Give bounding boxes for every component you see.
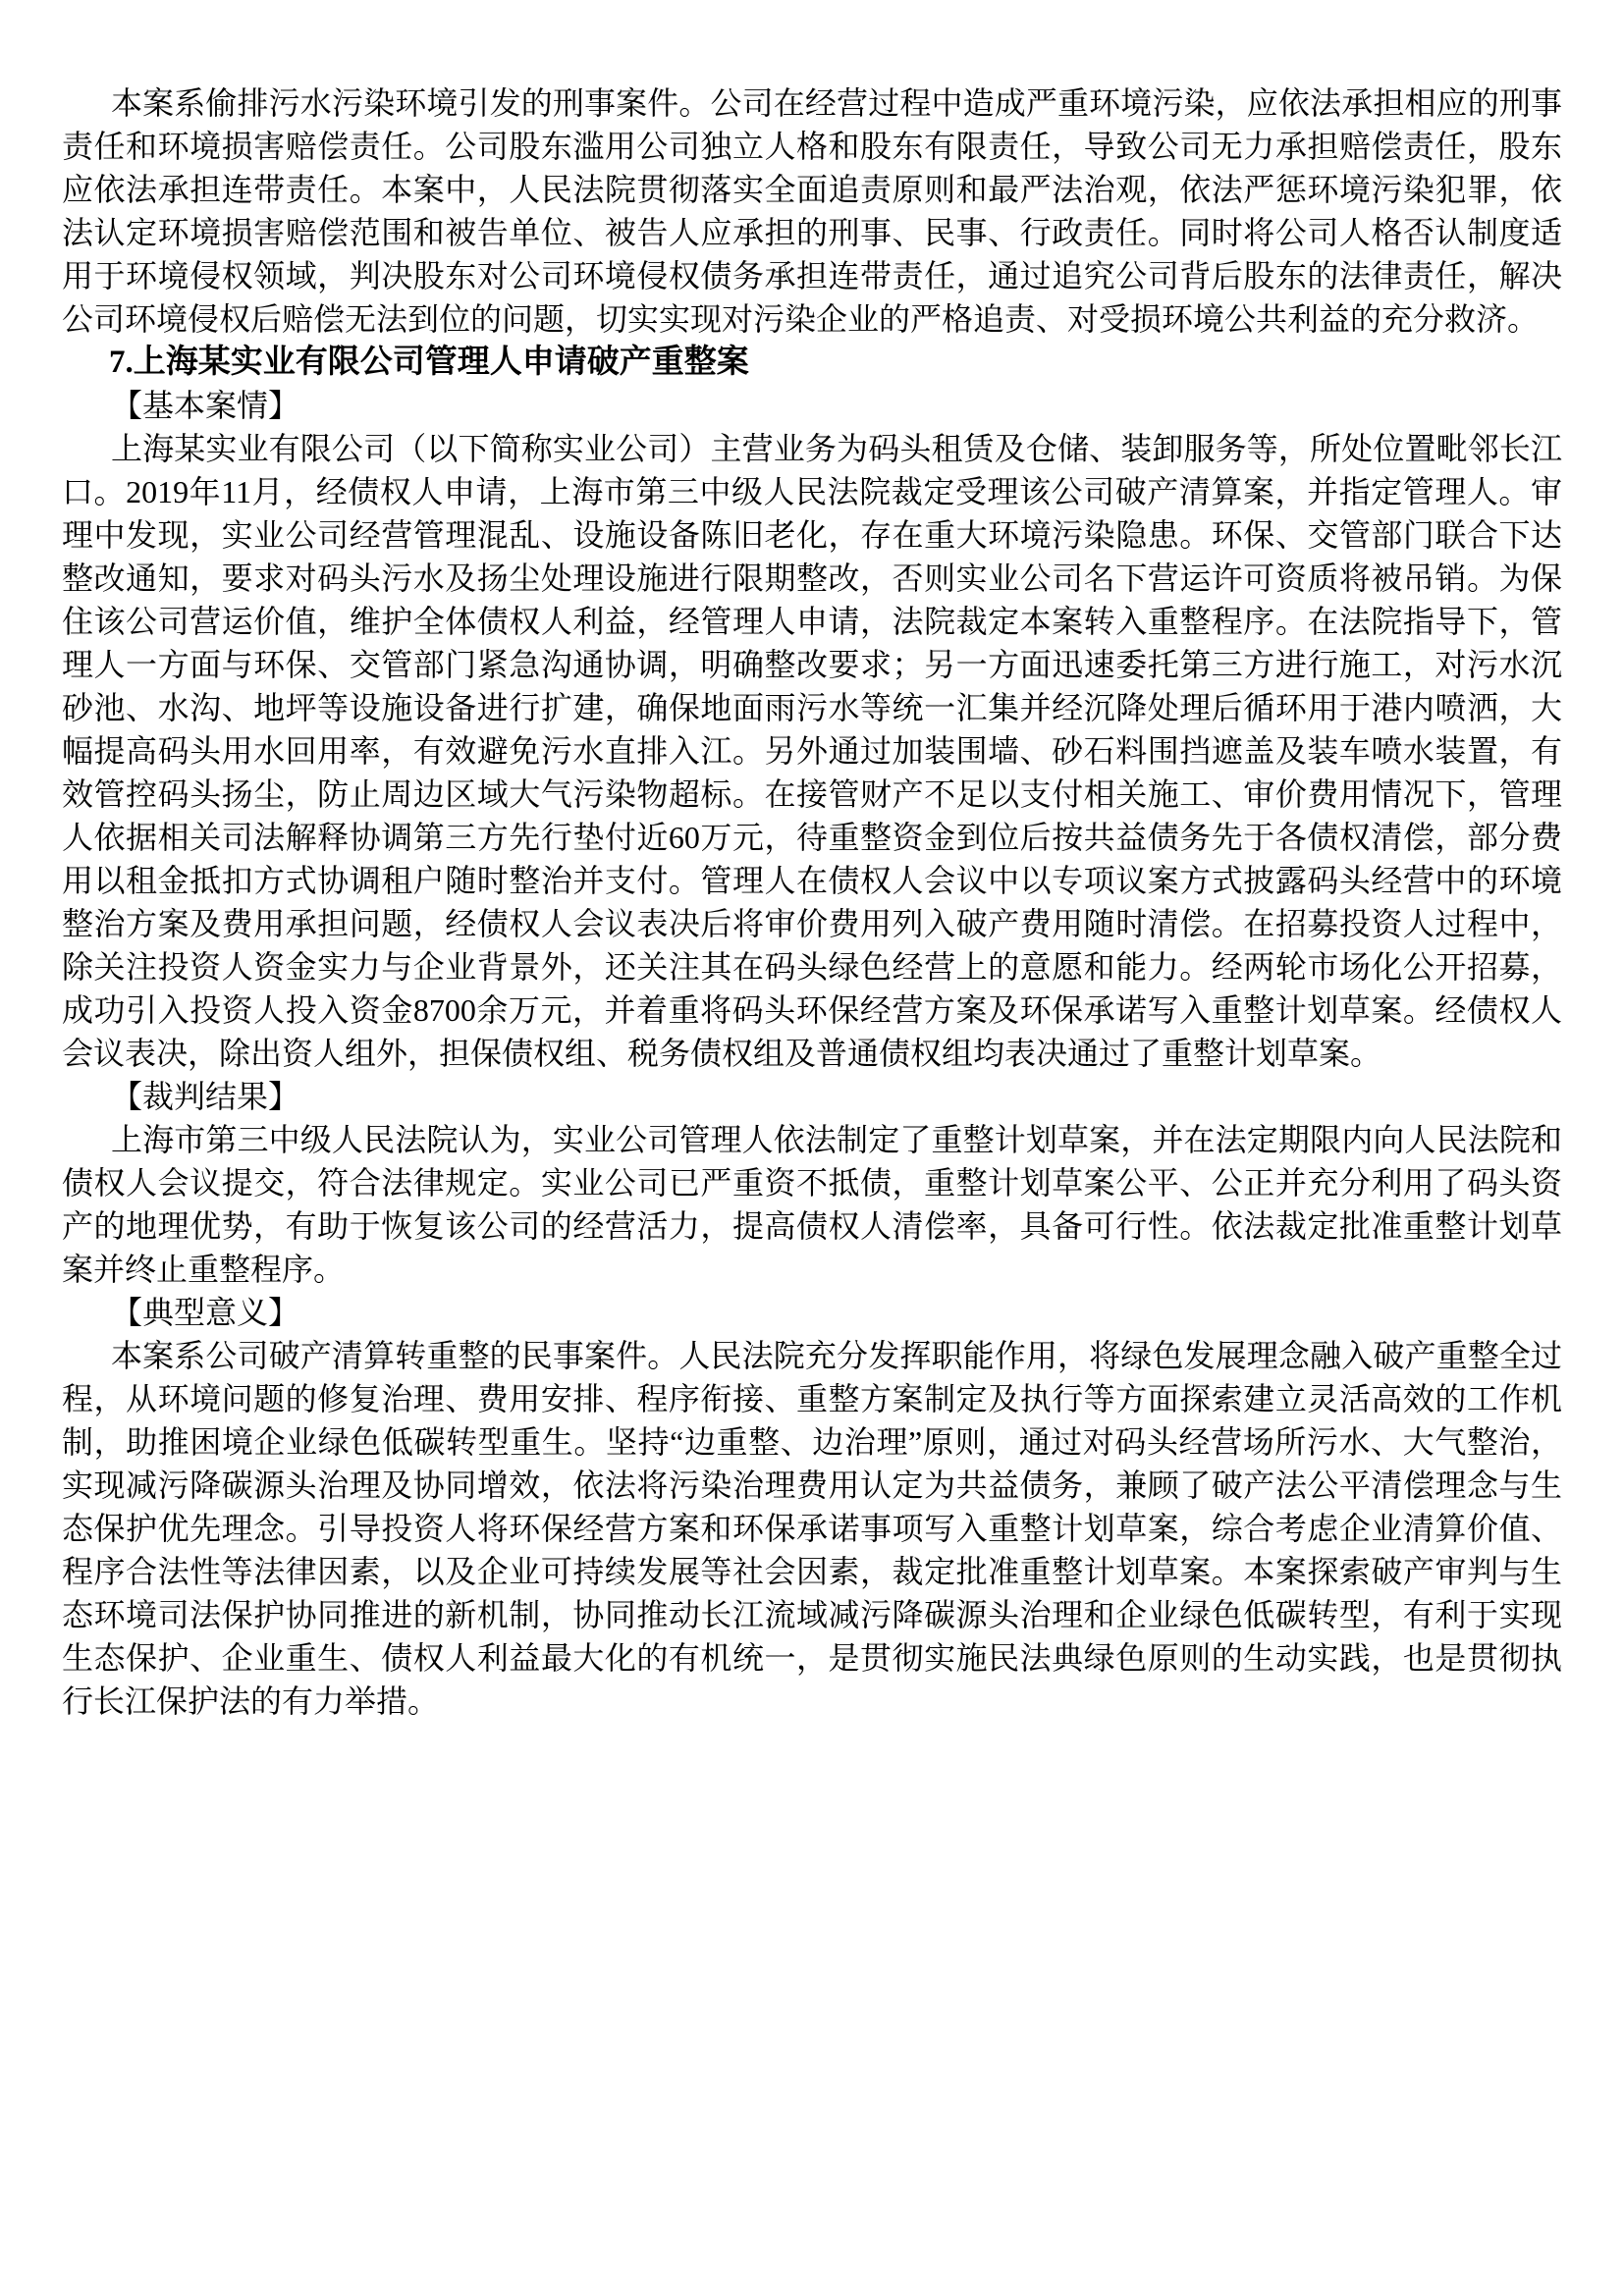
judgment-result-paragraph: 上海市第三中级人民法院认为，实业公司管理人依法制定了重整计划草案，并在法定期限内… (62, 1118, 1562, 1291)
typical-significance-paragraph: 本案系公司破产清算转重整的民事案件。人民法院充分发挥职能作用，将绿色发展理念融入… (62, 1334, 1562, 1723)
section-label-basic-facts: 【基本案情】 (62, 384, 1562, 427)
intro-paragraph: 本案系偷排污水污染环境引发的刑事案件。公司在经营过程中造成严重环境污染，应依法承… (62, 81, 1562, 341)
section-label-judgment-result: 【裁判结果】 (62, 1075, 1562, 1118)
basic-facts-paragraph: 上海某实业有限公司（以下简称实业公司）主营业务为码头租赁及仓储、装卸服务等，所处… (62, 427, 1562, 1075)
section-label-typical-significance: 【典型意义】 (62, 1291, 1562, 1334)
document-page: 本案系偷排污水污染环境引发的刑事案件。公司在经营过程中造成严重环境污染，应依法承… (0, 0, 1624, 2296)
case-heading: 7.上海某实业有限公司管理人申请破产重整案 (62, 341, 1562, 384)
